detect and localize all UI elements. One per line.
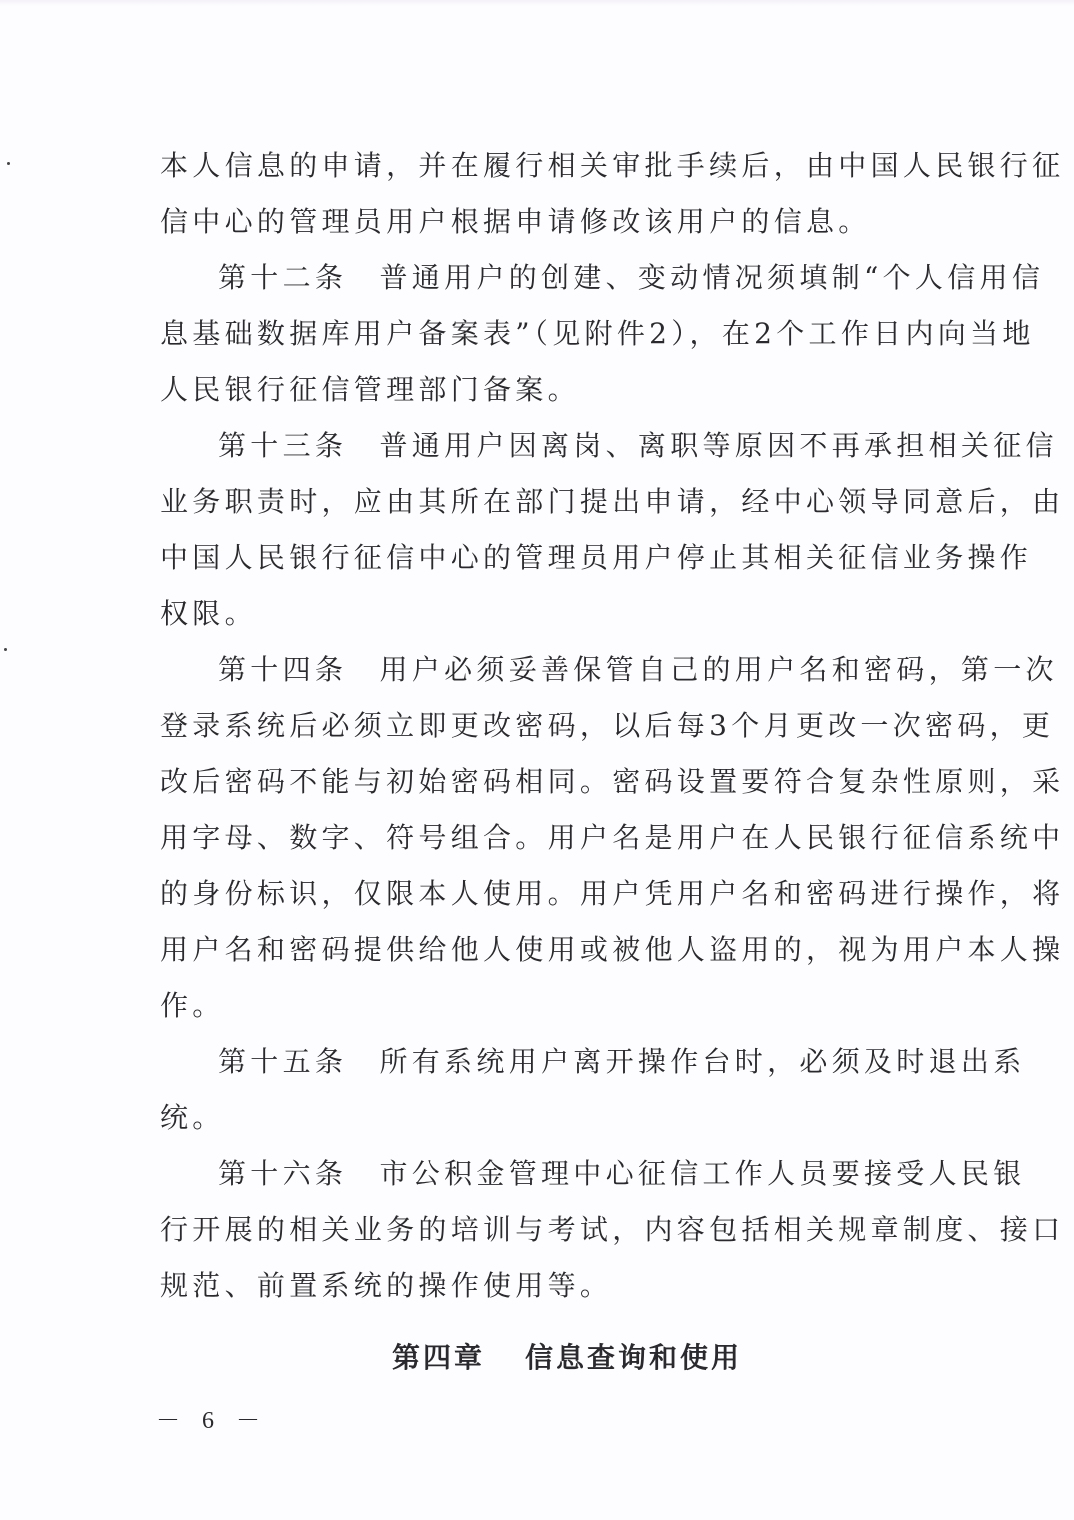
text-line: 改后密码不能与初始密码相同。密码设置要符合复杂性原则，采 (160, 754, 956, 810)
text-line: 行开展的相关业务的培训与考试，内容包括相关规章制度、接口 (160, 1202, 956, 1258)
scan-artifact-dot (7, 162, 10, 165)
text-line: 用户名和密码提供给他人使用或被他人盗用的，视为用户本人操 (160, 922, 956, 978)
text-line: 规范、前置系统的操作使用等。 (160, 1258, 612, 1314)
document-page: 本人信息的申请，并在履行相关审批手续后，由中国人民银行征 信中心的管理员用户根据… (0, 0, 1074, 1520)
text-line: 作。 (160, 978, 225, 1034)
scan-artifact-dot (4, 648, 7, 651)
article-13-heading-line: 第十三条 普通用户因离岗、离职等原因不再承担相关征信 (218, 418, 956, 474)
page-number: － 6 － (156, 1400, 268, 1435)
text-line: 统。 (160, 1090, 225, 1146)
text-line: 的身份标识，仅限本人使用。用户凭用户名和密码进行操作，将 (160, 866, 956, 922)
article-15-heading-line: 第十五条 所有系统用户离开操作台时，必须及时退出系 (218, 1034, 956, 1090)
article-12-heading-line: 第十二条 普通用户的创建、变动情况须填制“个人信用信 (218, 250, 956, 306)
article-14-heading-line: 第十四条 用户必须妥善保管自己的用户名和密码，第一次 (218, 642, 956, 698)
chapter-number: 第四章 (392, 1341, 485, 1374)
text-line: 息基础数据库用户备案表”（见附件2），在2个工作日内向当地 (160, 306, 956, 362)
chapter-heading: 第四章信息查询和使用 (392, 1336, 742, 1376)
text-line: 信中心的管理员用户根据申请修改该用户的信息。 (160, 194, 871, 250)
text-line: 权限。 (160, 586, 257, 642)
text-line: 中国人民银行征信中心的管理员用户停止其相关征信业务操作 (160, 530, 956, 586)
article-16-heading-line: 第十六条 市公积金管理中心征信工作人员要接受人民银 (218, 1146, 956, 1202)
text-line: 登录系统后必须立即更改密码，以后每3个月更改一次密码，更 (160, 698, 956, 754)
chapter-title: 信息查询和使用 (525, 1341, 742, 1374)
text-line: 本人信息的申请，并在履行相关审批手续后，由中国人民银行征 (160, 138, 956, 194)
text-line: 人民银行征信管理部门备案。 (160, 362, 580, 418)
text-line: 业务职责时，应由其所在部门提出申请，经中心领导同意后，由 (160, 474, 956, 530)
text-line: 用字母、数字、符号组合。用户名是用户在人民银行征信系统中 (160, 810, 956, 866)
